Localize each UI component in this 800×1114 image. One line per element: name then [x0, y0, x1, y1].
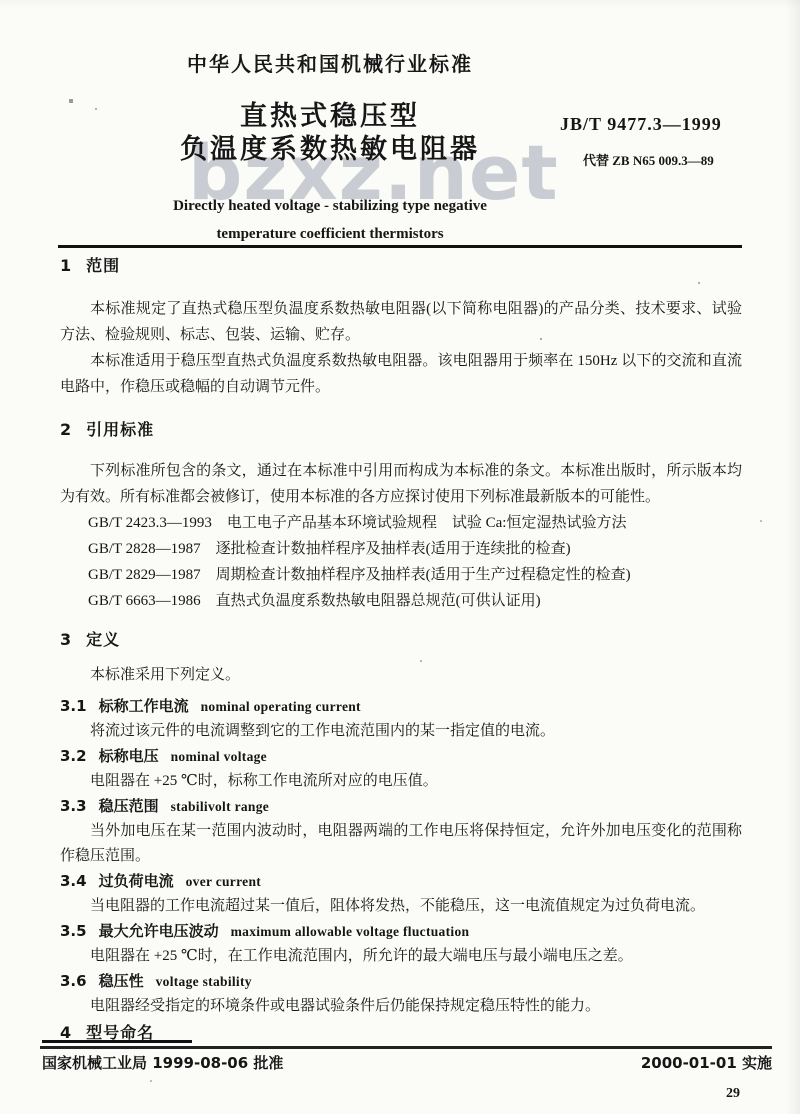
term-number: 3.1 [60, 697, 87, 715]
term-number: 3.6 [60, 972, 87, 990]
footer-implementation: 2000-01-01 实施 [641, 1052, 772, 1073]
reference-item: GB/T 2423.3—1993 电工电子产品基本环境试验规程 试验 Ca:恒定… [60, 510, 742, 536]
term-zh: 稳压范围 [99, 797, 159, 815]
document-body: 1范围 本标准规定了直热式稳压型负温度系数热敏电阻器(以下简称电阻器)的产品分类… [60, 256, 742, 1019]
document-title-zh: 直热式稳压型 负温度系数热敏电阻器 [110, 100, 550, 166]
standard-class-heading: 中华人民共和国机械行业标准 [130, 48, 530, 77]
section-1-title: 范围 [86, 256, 120, 275]
section-3-number: 3 [60, 630, 72, 649]
title-en-line2: temperature coefficient thermistors [90, 220, 570, 248]
term-heading: 3.6稳压性voltage stability [60, 969, 742, 994]
section-2-heading: 2引用标准 [60, 420, 742, 440]
section-3-title: 定义 [86, 630, 120, 649]
section-3-heading: 3定义 [60, 630, 742, 650]
document-title-en: Directly heated voltage - stabilizing ty… [90, 192, 570, 248]
term-definition: 电阻器经受指定的环境条件或电器试验条件后仍能保持规定稳压特性的能力。 [60, 994, 742, 1019]
standard-replaces: 代替 ZB N65 009.3—89 [583, 150, 783, 169]
title-zh-line2: 负温度系数热敏电阻器 [110, 133, 550, 166]
term-definition: 当电阻器的工作电流超过某一值后，阻体将发热，不能稳压，这一电流值规定为过负荷电流… [60, 894, 742, 919]
title-zh-line1: 直热式稳压型 [110, 100, 550, 133]
reference-item: GB/T 6663—1986 直热式负温度系数热敏电阻器总规范(可供认证用) [60, 588, 742, 614]
term-heading: 3.3稳压范围stabilivolt range [60, 794, 742, 819]
title-en-line1: Directly heated voltage - stabilizing ty… [90, 192, 570, 220]
term-definition: 电阻器在 +25 ℃时，在工作电流范围内，所允许的最大端电压与最小端电压之差。 [60, 944, 742, 969]
term-heading: 3.1标称工作电流nominal operating current [60, 694, 742, 719]
term-en: stabilivolt range [171, 799, 269, 814]
reference-item: GB/T 2828—1987 逐批检查计数抽样程序及抽样表(适用于连续批的检查) [60, 536, 742, 562]
term-zh: 标称工作电流 [99, 697, 189, 715]
term-en: voltage stability [156, 974, 252, 989]
reference-item: GB/T 2829—1987 周期检查计数抽样程序及抽样表(适用于生产过程稳定性… [60, 562, 742, 588]
scan-noise [0, 0, 2, 2]
definitions-list: 3.1标称工作电流nominal operating current 将流过该元… [60, 694, 742, 1019]
term-number: 3.4 [60, 872, 87, 890]
term-en: maximum allowable voltage fluctuation [231, 924, 470, 939]
section-2-number: 2 [60, 420, 72, 439]
term-number: 3.5 [60, 922, 87, 940]
term-heading: 3.2标称电压nominal voltage [60, 744, 742, 769]
term-number: 3.2 [60, 747, 87, 765]
term-zh: 过负荷电流 [99, 872, 174, 890]
section-4-underline [42, 1040, 192, 1043]
section-1-paragraph-1: 本标准规定了直热式稳压型负温度系数热敏电阻器(以下简称电阻器)的产品分类、技术要… [60, 296, 742, 348]
term-definition: 电阻器在 +25 ℃时，标称工作电流所对应的电压值。 [60, 769, 742, 794]
document-page: 中华人民共和国机械行业标准 bzxz.net 直热式稳压型 负温度系数热敏电阻器… [0, 0, 800, 1114]
section-2-title: 引用标准 [86, 420, 154, 439]
term-en: nominal operating current [201, 699, 361, 714]
term-heading: 3.5最大允许电压波动maximum allowable voltage flu… [60, 919, 742, 944]
section-1-heading: 1范围 [60, 256, 742, 276]
footer: 国家机械工业局 1999-08-06 批准 2000-01-01 实施 [42, 1052, 772, 1073]
section-3-intro: 本标准采用下列定义。 [60, 662, 742, 688]
footer-approval: 国家机械工业局 1999-08-06 批准 [42, 1052, 283, 1073]
page-number: 29 [726, 1086, 740, 1102]
term-en: nominal voltage [171, 749, 267, 764]
footer-divider [40, 1046, 772, 1049]
term-number: 3.3 [60, 797, 87, 815]
term-zh: 稳压性 [99, 972, 144, 990]
term-zh: 最大允许电压波动 [99, 922, 219, 940]
section-1-number: 1 [60, 256, 72, 275]
section-1-paragraph-2: 本标准适用于稳压型直热式负温度系数热敏电阻器。该电阻器用于频率在 150Hz 以… [60, 348, 742, 400]
term-heading: 3.4过负荷电流over current [60, 869, 742, 894]
section-2-intro: 下列标准所包含的条文，通过在本标准中引用而构成为本标准的条文。本标准出版时，所示… [60, 458, 742, 510]
standard-code: JB/T 9477.3—1999 [560, 114, 770, 135]
term-definition: 将流过该元件的电流调整到它的工作电流范围内的某一指定值的电流。 [60, 719, 742, 744]
term-zh: 标称电压 [99, 747, 159, 765]
term-definition: 当外加电压在某一范围内波动时，电阻器两端的工作电压将保持恒定，允许外加电压变化的… [60, 819, 742, 869]
term-en: over current [186, 874, 261, 889]
